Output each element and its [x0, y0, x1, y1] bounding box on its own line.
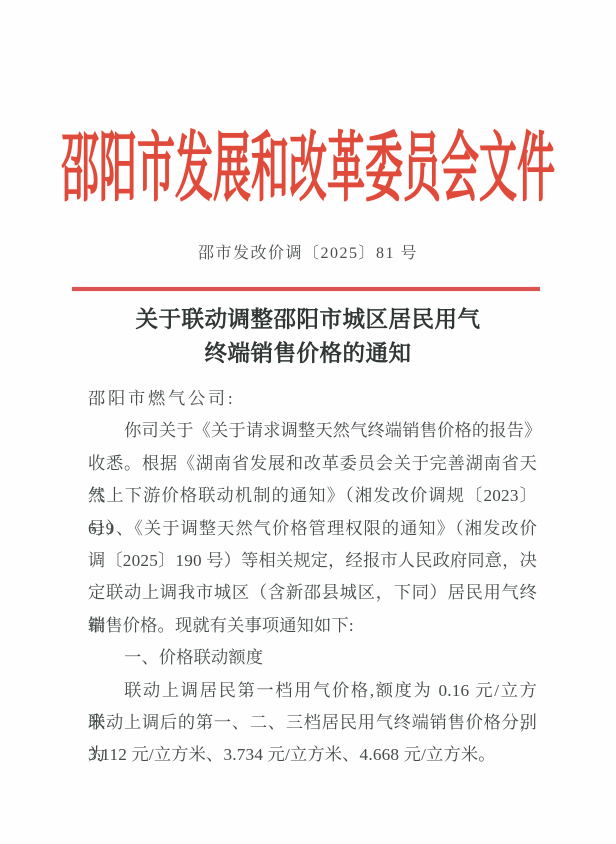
document-number: 邵市发改价调〔2025〕81 号 [0, 240, 616, 263]
red-divider-rule [72, 287, 540, 291]
letterhead: 邵阳市发展和改革委员会文件 [0, 126, 616, 212]
salutation: 邵阳市燃气公司: [88, 383, 537, 415]
body-line: 联动上调后的第一、二、三档居民用气终端销售价格分别为 [88, 707, 537, 739]
body-section-heading: 一、价格联动额度 [88, 642, 537, 674]
document-title-line1: 关于联动调整邵阳市城区居民用气 [0, 303, 616, 337]
body-line: 3.112 元/立方米、3.734 元/立方米、4.668 元/立方米。 [88, 739, 537, 771]
body-line: 你司关于《关于请求调整天然气终端销售价格的报告》 [88, 415, 537, 447]
body-line: 调〔2025〕190 号）等相关规定，经报市人民政府同意，决 [88, 545, 537, 577]
body-line: 号）、《关于调整天然气价格管理权限的通知》（湘发改价 [88, 513, 537, 545]
document-title-line2: 终端销售价格的通知 [0, 337, 616, 371]
body-line: 收悉。根据《湖南省发展和改革委员会关于完善湖南省天然 [88, 448, 537, 480]
document-page: 邵阳市发展和改革委员会文件 邵市发改价调〔2025〕81 号 关于联动调整邵阳市… [0, 0, 616, 844]
document-body: 邵阳市燃气公司: 你司关于《关于请求调整天然气终端销售价格的报告》 收悉。根据《… [88, 383, 537, 772]
body-line: 联动上调居民第一档用气价格,额度为 0.16 元/立方米， [88, 675, 537, 707]
body-line: 气上下游价格联动机制的通知》（湘发改价调规〔2023〕619 [88, 480, 537, 512]
body-line: 销售价格。现就有关事项通知如下: [88, 610, 537, 642]
letterhead-title: 邵阳市发展和改革委员会文件 [61, 131, 555, 207]
document-title: 关于联动调整邵阳市城区居民用气 终端销售价格的通知 [0, 303, 616, 371]
body-line: 定联动上调我市城区（含新邵县城区，下同）居民用气终端 [88, 577, 537, 609]
